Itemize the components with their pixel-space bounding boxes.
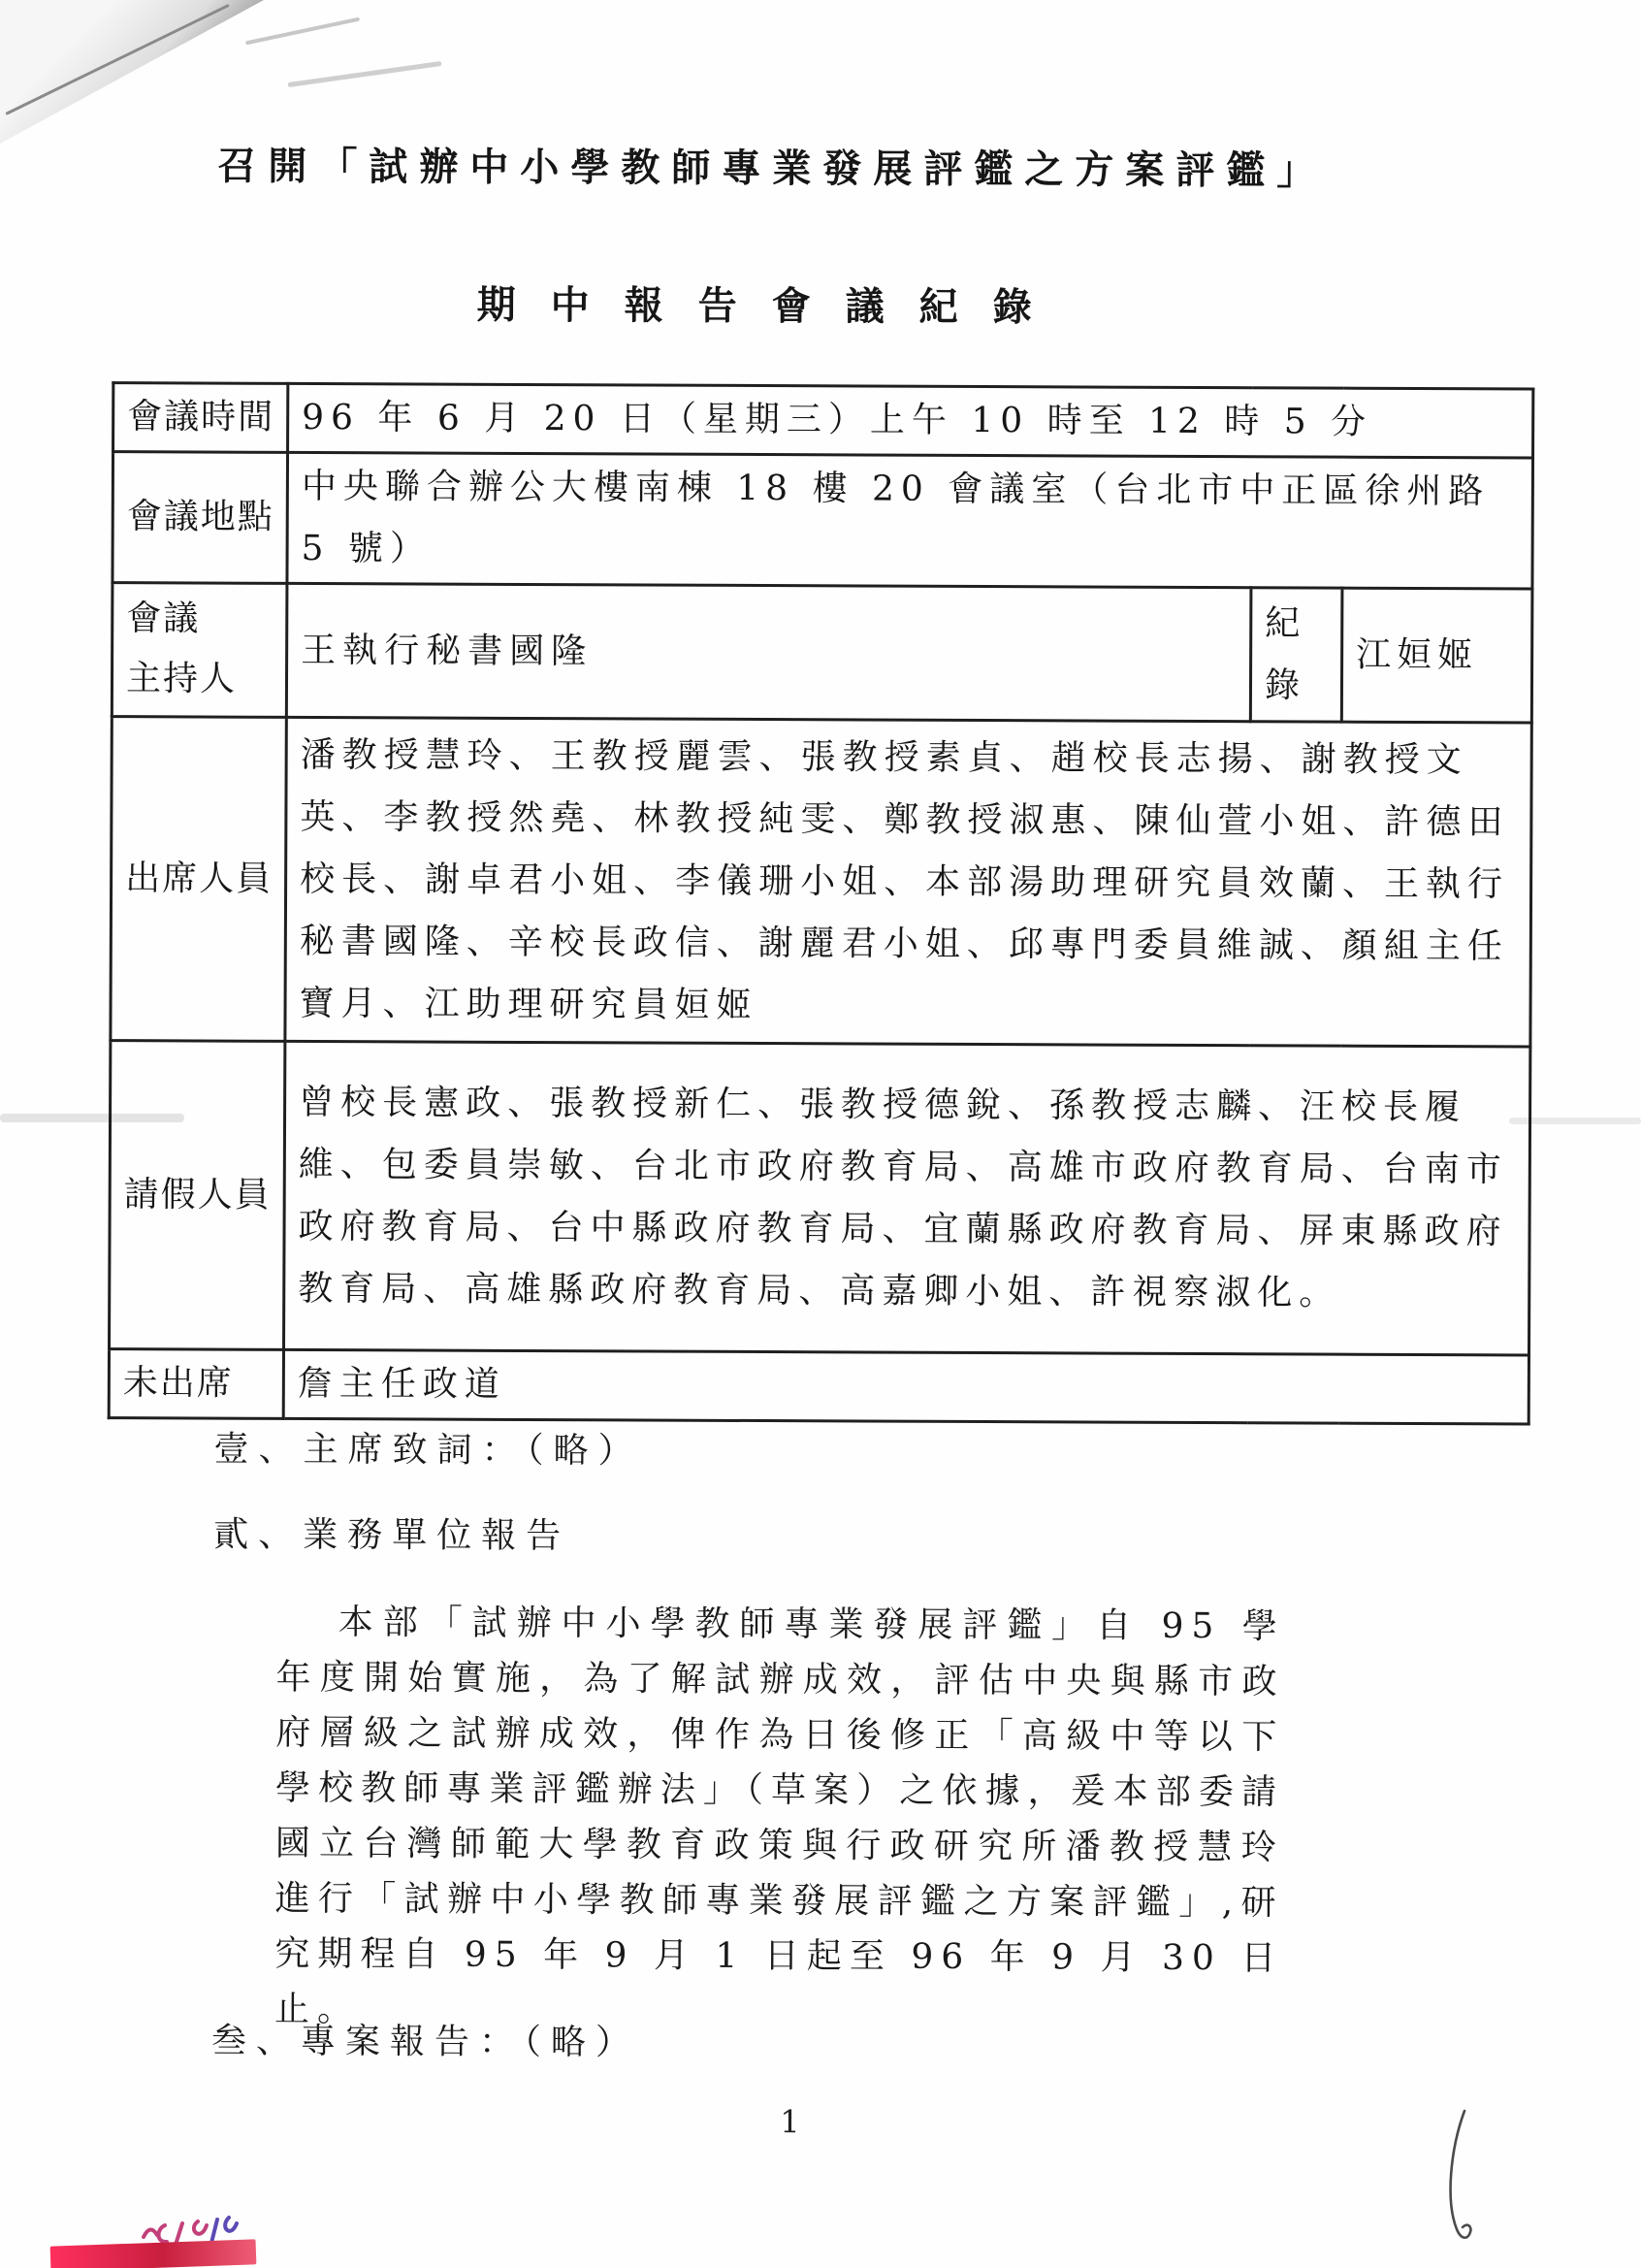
recorder-label: 紀錄 [1250, 588, 1342, 722]
pen-mark-artifact [1441, 2107, 1486, 2262]
chair-label: 會議 主持人 [126, 589, 238, 709]
row-value: 潘教授慧玲、王教授麗雲、張教授素貞、趙校長志揚、謝教授文英、李教授然堯、林教授純… [285, 717, 1531, 1047]
recorder-value: 江姮姬 [1341, 588, 1532, 723]
document-content: 召開「試辦中小學教師專業發展評鑑之方案評鑑」 期中報告會議紀錄 會議時間 96 … [0, 0, 1641, 2268]
document-title-line1: 召開「試辦中小學教師專業發展評鑑之方案評鑑」 [113, 135, 1432, 196]
page-number: 1 [760, 2103, 819, 2140]
scanned-page: 召開「試辦中小學教師專業發展評鑑之方案評鑑」 期中報告會議紀錄 會議時間 96 … [0, 0, 1641, 2268]
table-row-absent: 未出席 詹主任政道 [109, 1349, 1528, 1424]
row-label: 會議時間 [113, 383, 288, 453]
table-row-meeting-time: 會議時間 96 年 6 月 20 日（星期三）上午 10 時至 12 時 5 分 [113, 383, 1533, 458]
document-title-line2: 期中報告會議紀錄 [113, 273, 1432, 334]
row-value: 詹主任政道 [283, 1349, 1528, 1424]
row-value: 96 年 6 月 20 日（星期三）上午 10 時至 12 時 5 分 [288, 383, 1533, 458]
meeting-info-table: 會議時間 96 年 6 月 20 日（星期三）上午 10 時至 12 時 5 分… [108, 381, 1535, 1425]
section-chair-remarks: 壹、主席致詞：（略） [213, 1422, 642, 1474]
table-row-chairperson: 會議 主持人 王執行秘書國隆 紀錄 江姮姬 [112, 583, 1532, 723]
section-project-report: 叁、專案報告：（略） [211, 2014, 640, 2065]
section-unit-report: 貳、業務單位報告 [213, 1507, 570, 1559]
table-row-excused: 請假人員 曾校長憲政、張教授新仁、張教授德銳、孫教授志麟、汪校長履維、包委員崇敏… [110, 1041, 1530, 1355]
row-value: 中央聯合辦公大樓南棟 18 樓 20 會議室（台北市中正區徐州路 5 號） [287, 452, 1533, 589]
table-row-attendees: 出席人員 潘教授慧玲、王教授麗雲、張教授素貞、趙校長志揚、謝教授文英、李教授然堯… [111, 717, 1531, 1047]
row-label: 請假人員 [110, 1041, 285, 1350]
row-value: 曾校長憲政、張教授新仁、張教授德銳、孫教授志麟、汪校長履維、包委員崇敏、台北市政… [284, 1041, 1530, 1355]
row-label: 未出席 [109, 1349, 283, 1419]
table-row-meeting-place: 會議地點 中央聯合辦公大樓南棟 18 樓 20 會議室（台北市中正區徐州路 5 … [113, 452, 1533, 589]
report-paragraph: 本部「試辦中小學教師專業發展評鑑」自 95 學年度開始實施，為了解試辦成效，評估… [274, 1595, 1285, 2042]
row-value: 王執行秘書國隆 [286, 583, 1251, 721]
stamp-artifact [50, 2212, 283, 2268]
row-label: 會議地點 [113, 452, 288, 584]
row-label: 出席人員 [111, 717, 286, 1042]
row-label: 會議 主持人 [112, 583, 287, 718]
